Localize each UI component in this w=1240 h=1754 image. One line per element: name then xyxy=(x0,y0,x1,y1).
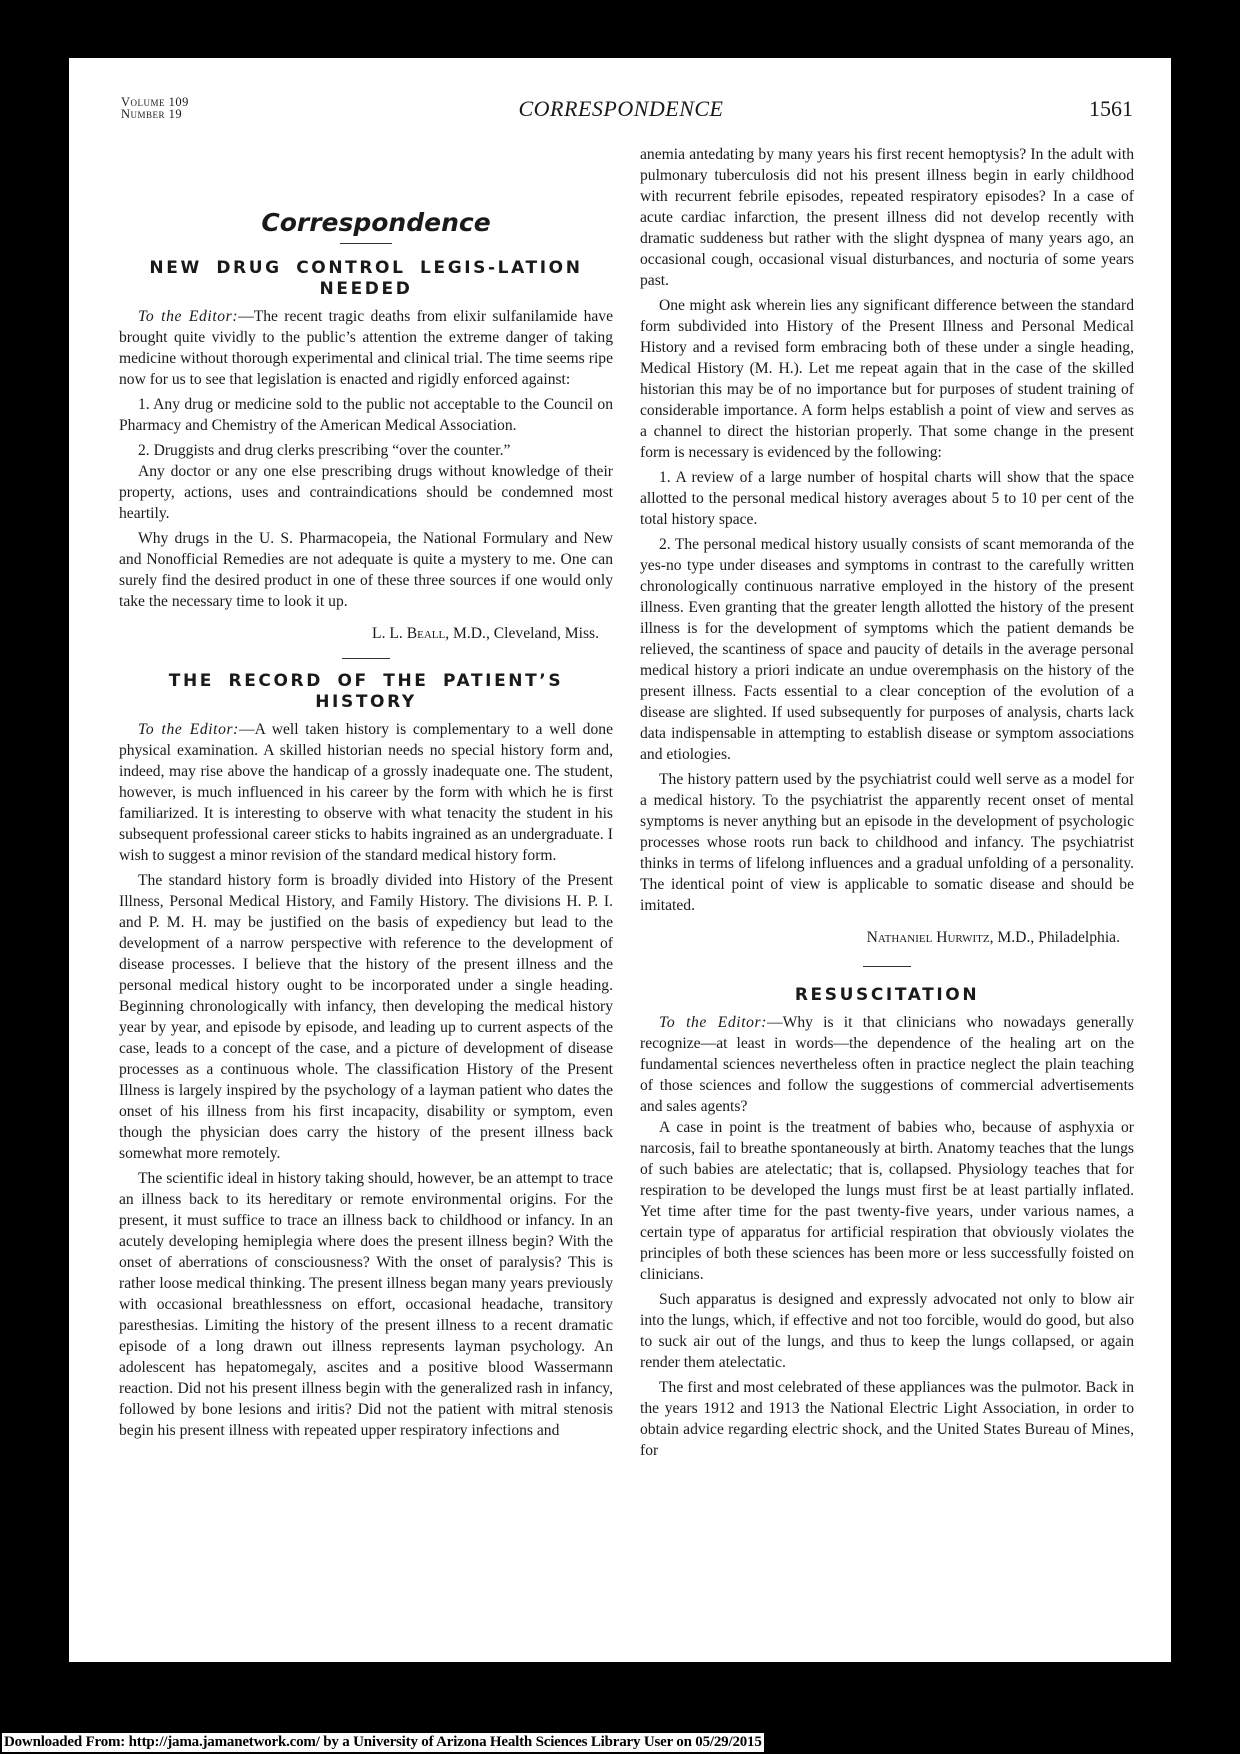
running-head: Volume 109 Number 19 CORRESPONDENCE 1561 xyxy=(121,96,1121,136)
divider-rule xyxy=(342,658,390,659)
letter-paragraph: To the Editor:—The recent tragic deaths … xyxy=(119,306,613,390)
divider-rule xyxy=(340,243,392,244)
letter-paragraph: The standard history form is broadly div… xyxy=(119,870,613,1164)
letter-paragraph: Any doctor or any one else prescribing d… xyxy=(119,461,613,524)
left-column: Correspondence NEW DRUG CONTROL LEGIS-LA… xyxy=(119,150,613,1441)
salutation: To the Editor: xyxy=(659,1014,767,1031)
letter-paragraph: A case in point is the treatment of babi… xyxy=(640,1117,1134,1285)
page-number: 1561 xyxy=(1089,96,1133,122)
journal-page: Volume 109 Number 19 CORRESPONDENCE 1561… xyxy=(69,58,1171,1662)
divider-rule xyxy=(863,966,911,967)
letter-paragraph: The first and most celebrated of these a… xyxy=(640,1377,1134,1461)
signature: Nathaniel Hurwitz, M.D., Philadelphia. xyxy=(640,927,1134,948)
download-notice: Downloaded From: http://jama.jamanetwork… xyxy=(2,1733,764,1752)
running-title: CORRESPONDENCE xyxy=(121,96,1121,122)
letter-paragraph: One might ask wherein lies any significa… xyxy=(640,295,1134,463)
letter-paragraph: 1. A review of a large number of hospita… xyxy=(640,467,1134,530)
right-column: anemia antedating by many years his firs… xyxy=(640,144,1134,1461)
letter-heading: THE RECORD OF THE PATIENT’S HISTORY xyxy=(119,671,613,713)
letter-paragraph: 1. Any drug or medicine sold to the publ… xyxy=(119,394,613,436)
salutation: To the Editor: xyxy=(138,721,239,738)
salutation: To the Editor: xyxy=(138,308,238,325)
signature: L. L. Beall, M.D., Cleveland, Miss. xyxy=(119,623,613,644)
letter-heading: NEW DRUG CONTROL LEGIS-LATION NEEDED xyxy=(119,258,613,300)
section-title: Correspondence xyxy=(129,212,623,233)
letter-paragraph: 2. Druggists and drug clerks prescribing… xyxy=(119,440,613,461)
letter-paragraph: Such apparatus is designed and expressly… xyxy=(640,1289,1134,1373)
letter-paragraph: To the Editor:—A well taken history is c… xyxy=(119,719,613,866)
letter-paragraph: Why drugs in the U. S. Pharmacopeia, the… xyxy=(119,528,613,612)
letter-paragraph: 2. The personal medical history usually … xyxy=(640,534,1134,765)
letter-paragraph-continued: anemia antedating by many years his firs… xyxy=(640,144,1134,291)
letter-paragraph: The scientific ideal in history taking s… xyxy=(119,1168,613,1441)
letter-paragraph: The history pattern used by the psychiat… xyxy=(640,769,1134,916)
letter-heading: RESUSCITATION xyxy=(640,985,1134,1006)
letter-paragraph: To the Editor:—Why is it that clinicians… xyxy=(640,1012,1134,1117)
